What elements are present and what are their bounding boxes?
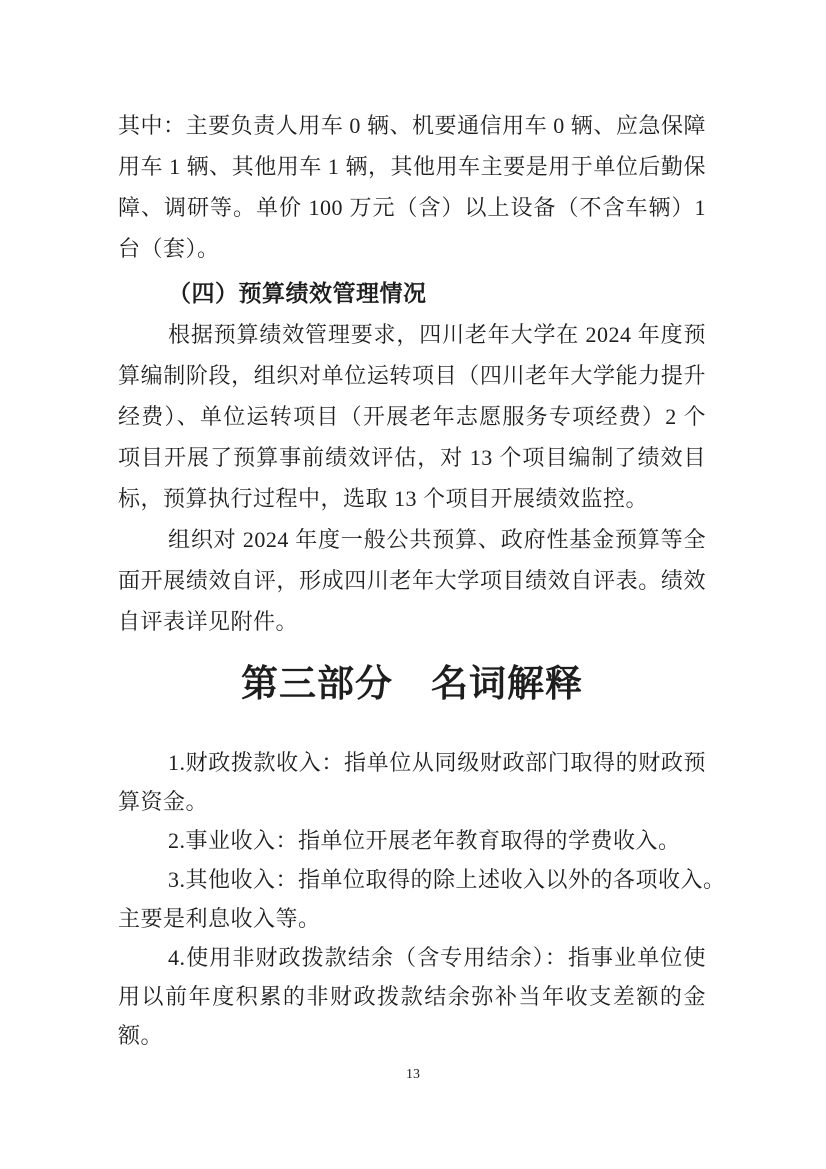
text-line: 其中：主要负责人用车 0 辆、机要通信用车 0 辆、应急保障 (118, 105, 706, 146)
heading-part-three: 第三部分 名词解释 (118, 656, 706, 714)
text-line: 算资金。 (118, 782, 706, 821)
text-line: 根据预算绩效管理要求，四川老年大学在 2024 年度预 (118, 314, 706, 355)
text-line: 额。 (118, 1016, 706, 1055)
page-footer: 13 (0, 1066, 826, 1084)
text-line: 3.其他收入：指单位取得的除上述收入以外的各项收入。 (118, 860, 706, 899)
term-non-fiscal-carryover: 4.使用非财政拨款结余（含专用结余）：指事业单位使 用以前年度积累的非财政拨款结… (118, 938, 706, 1055)
text-line: 用以前年度积累的非财政拨款结余弥补当年收支差额的金 (118, 977, 706, 1016)
text-line: 障、调研等。单价 100 万元（含）以上设备（不含车辆）1 (118, 187, 706, 228)
text-line: 1.财政拨款收入：指单位从同级财政部门取得的财政预 (118, 743, 706, 782)
text-line: 面开展绩效自评，形成四川老年大学项目绩效自评表。绩效 (118, 560, 706, 601)
text-line: 自评表详见附件。 (118, 601, 706, 642)
text-line: 4.使用非财政拨款结余（含专用结余）：指事业单位使 (118, 938, 706, 977)
text-line: 台（套）。 (118, 228, 706, 269)
page-content: 其中：主要负责人用车 0 辆、机要通信用车 0 辆、应急保障 用车 1 辆、其他… (118, 105, 706, 1055)
text-line: 用车 1 辆、其他用车 1 辆，其他用车主要是用于单位后勤保 (118, 146, 706, 187)
document-page: 其中：主要负责人用车 0 辆、机要通信用车 0 辆、应急保障 用车 1 辆、其他… (0, 0, 826, 1169)
text-line: 组织对 2024 年度一般公共预算、政府性基金预算等全 (118, 519, 706, 560)
heading-section-4: （四）预算绩效管理情况 (118, 273, 706, 314)
paragraph-self-evaluation: 组织对 2024 年度一般公共预算、政府性基金预算等全 面开展绩效自评，形成四川… (118, 519, 706, 642)
terms-definitions: 1.财政拨款收入：指单位从同级财政部门取得的财政预 算资金。 2.事业收入：指单… (118, 743, 706, 1055)
paragraph-vehicles: 其中：主要负责人用车 0 辆、机要通信用车 0 辆、应急保障 用车 1 辆、其他… (118, 105, 706, 269)
text-line: 标，预算执行过程中，选取 13 个项目开展绩效监控。 (118, 478, 706, 519)
text-line: 2.事业收入：指单位开展老年教育取得的学费收入。 (118, 821, 706, 860)
term-fiscal-appropriation-income: 1.财政拨款收入：指单位从同级财政部门取得的财政预 算资金。 (118, 743, 706, 821)
term-other-income: 3.其他收入：指单位取得的除上述收入以外的各项收入。 主要是利息收入等。 (118, 860, 706, 938)
term-business-income: 2.事业收入：指单位开展老年教育取得的学费收入。 (118, 821, 706, 860)
page-number: 13 (406, 1067, 420, 1082)
text-line: 经费）、单位运转项目（开展老年志愿服务专项经费）2 个 (118, 396, 706, 437)
text-line: 算编制阶段，组织对单位运转项目（四川老年大学能力提升 (118, 355, 706, 396)
paragraph-performance: 根据预算绩效管理要求，四川老年大学在 2024 年度预 算编制阶段，组织对单位运… (118, 314, 706, 519)
text-line: 项目开展了预算事前绩效评估，对 13 个项目编制了绩效目 (118, 437, 706, 478)
text-line: 主要是利息收入等。 (118, 899, 706, 938)
